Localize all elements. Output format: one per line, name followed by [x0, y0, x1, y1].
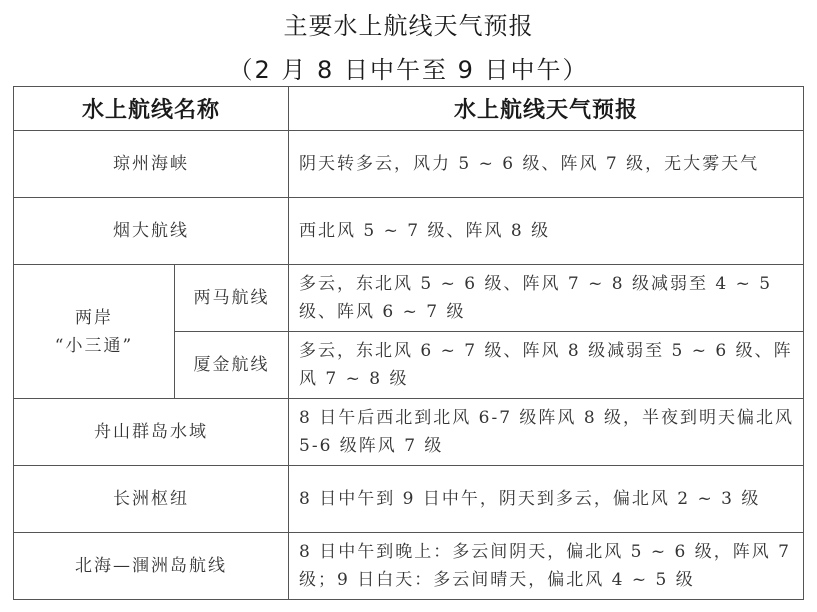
route-name: 烟大航线: [14, 198, 289, 265]
route-forecast: 西北风 5 ~ 7 级、阵风 8 级: [289, 198, 804, 265]
route-name: 长洲枢纽: [14, 466, 289, 533]
header-route-name: 水上航线名称: [14, 87, 289, 131]
forecast-table: 水上航线名称 水上航线天气预报 琼州海峡 阴天转多云，风力 5 ~ 6 级、阵风…: [13, 86, 804, 600]
route-forecast: 8 日中午到 9 日中午，阴天到多云，偏北风 2 ~ 3 级: [289, 466, 804, 533]
route-forecast: 8 日中午到晚上：多云间阴天，偏北风 5 ~ 6 级，阵风 7 级；9 日白天：…: [289, 533, 804, 600]
table-row: 两岸 “小三通” 两马航线 多云，东北风 5 ~ 6 级、阵风 7 ~ 8 级减…: [14, 265, 804, 332]
sub-route-name: 两马航线: [175, 265, 289, 332]
route-forecast: 多云，东北风 5 ~ 6 级、阵风 7 ~ 8 级减弱至 4 ~ 5 级、阵风 …: [289, 265, 804, 332]
forecast-period: （2 月 8 日中午至 9 日中午）: [0, 50, 817, 85]
table-row: 舟山群岛水域 8 日午后西北到北风 6-7 级阵风 8 级，半夜到明天偏北风 5…: [14, 399, 804, 466]
route-name: 琼州海峡: [14, 131, 289, 198]
sub-route-name: 厦金航线: [175, 332, 289, 399]
route-name: 舟山群岛水域: [14, 399, 289, 466]
route-group-line2: “小三通”: [22, 332, 166, 360]
route-group-name: 两岸 “小三通”: [14, 265, 175, 399]
route-forecast: 阴天转多云，风力 5 ~ 6 级、阵风 7 级，无大雾天气: [289, 131, 804, 198]
header-forecast: 水上航线天气预报: [289, 87, 804, 131]
route-group-line1: 两岸: [22, 304, 166, 332]
table-row: 北海—涠洲岛航线 8 日中午到晚上：多云间阴天，偏北风 5 ~ 6 级，阵风 7…: [14, 533, 804, 600]
table-header-row: 水上航线名称 水上航线天气预报: [14, 87, 804, 131]
table-row: 烟大航线 西北风 5 ~ 7 级、阵风 8 级: [14, 198, 804, 265]
route-forecast: 8 日午后西北到北风 6-7 级阵风 8 级，半夜到明天偏北风 5-6 级阵风 …: [289, 399, 804, 466]
route-name: 北海—涠洲岛航线: [14, 533, 289, 600]
table-row: 长洲枢纽 8 日中午到 9 日中午，阴天到多云，偏北风 2 ~ 3 级: [14, 466, 804, 533]
table-row: 琼州海峡 阴天转多云，风力 5 ~ 6 级、阵风 7 级，无大雾天气: [14, 131, 804, 198]
document-title: 主要水上航线天气预报: [0, 6, 817, 41]
route-forecast: 多云，东北风 6 ~ 7 级、阵风 8 级减弱至 5 ~ 6 级、阵风 7 ~ …: [289, 332, 804, 399]
